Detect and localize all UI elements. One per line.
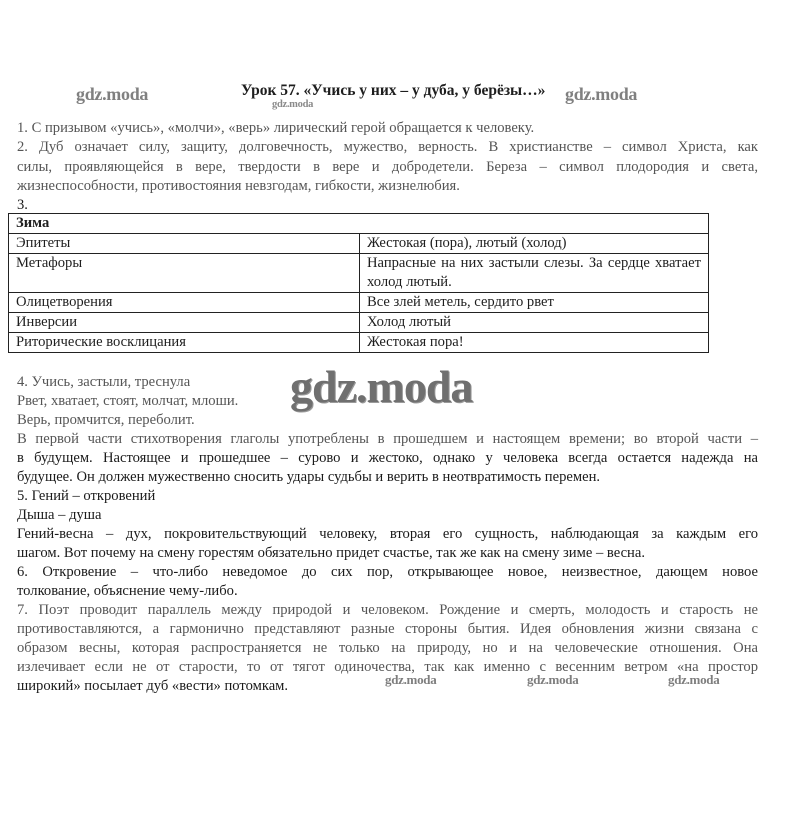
table-row: Инверсии Холод лютый: [9, 313, 709, 333]
answer-5-line-1: 5. Гений – откровений: [17, 486, 155, 506]
table-term-cell: Эпитеты: [9, 234, 360, 254]
answer-7-line-1: 7. Поэт проводит параллель между природо…: [17, 600, 758, 620]
table-row: Метафоры Напрасные на них застыли слезы.…: [9, 254, 709, 293]
answer-7-line-4: излечивает если не от старости, то от тя…: [17, 657, 758, 677]
answer-2-line-1: 2. Дуб означает силу, защиту, долговечно…: [17, 137, 758, 157]
answer-6-line-2: толкование, объяснение чему-либо.: [17, 581, 238, 601]
table-example-cell: Жестокая пора!: [360, 333, 709, 353]
watermark-top-left: gdz.moda: [76, 84, 148, 105]
answer-4-line-2: Рвет, хватает, стоят, молчат, млоши.: [17, 391, 238, 411]
table-row: Эпитеты Жестокая (пора), лютый (холод): [9, 234, 709, 254]
table-example-cell: Все злей метель, сердито рвет: [360, 293, 709, 313]
table-row: Риторические восклицания Жестокая пора!: [9, 333, 709, 353]
answer-7-line-2: противоставляются, а гармонично представ…: [17, 619, 758, 639]
answer-2-line-2: силы, проявляющейся в вере, твердости в …: [17, 157, 758, 177]
table-row: Олицетворения Все злей метель, сердито р…: [9, 293, 709, 313]
table-header-row: Зима: [9, 214, 709, 234]
answer-5-line-3: Гений-весна – дух, покровительствующий ч…: [17, 524, 758, 544]
answer-6-line-1: 6. Откровение – что-либо неведомое до си…: [17, 562, 758, 582]
answer-7-line-5: широкий» посылает дуб «вести» потомкам.: [17, 676, 288, 696]
table-term-cell: Инверсии: [9, 313, 360, 333]
watermark-under-title: gdz.moda: [272, 99, 313, 110]
answer-3-label: 3.: [17, 195, 28, 215]
watermark-center: gdz.moda: [290, 360, 472, 413]
answer-1: 1. С призывом «учись», «молчи», «верь» л…: [17, 118, 534, 138]
winter-devices-table: Зима Эпитеты Жестокая (пора), лютый (хол…: [8, 213, 709, 353]
table-term-cell: Метафоры: [9, 254, 360, 293]
table-example-cell: Напрасные на них застыли слезы. За сердц…: [360, 254, 709, 293]
watermark-top-right: gdz.moda: [565, 84, 637, 105]
answer-5-line-2: Дыша – душа: [17, 505, 102, 525]
answer-7-line-3: образом весны, которая распространяется …: [17, 638, 758, 658]
answer-4-line-3: Верь, промчится, переболит.: [17, 410, 195, 430]
table-header-cell: Зима: [9, 214, 709, 234]
answer-4-line-1: 4. Учись, застыли, треснула: [17, 372, 190, 392]
answer-2-line-3: жизнеспособности, противостояния невзгод…: [17, 176, 460, 196]
table-example-cell: Жестокая (пора), лютый (холод): [360, 234, 709, 254]
answer-5-line-4: шагом. Вот почему на смену горестям обяз…: [17, 543, 645, 563]
table-term-cell: Риторические восклицания: [9, 333, 360, 353]
table-term-cell: Олицетворения: [9, 293, 360, 313]
page-title: Урок 57. «Учись у них – у дуба, у берёзы…: [241, 82, 545, 100]
answer-4-line-4: В первой части стихотворения глаголы упо…: [17, 429, 758, 449]
table-example-cell: Холод лютый: [360, 313, 709, 333]
answer-4-line-6: будущее. Он должен мужественно сносить у…: [17, 467, 600, 487]
answer-4-line-5: в будущем. Настоящее и прошедшее – суров…: [17, 448, 758, 468]
